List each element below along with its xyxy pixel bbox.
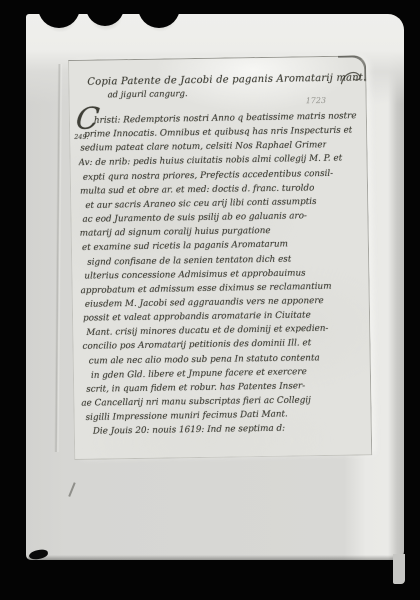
handwritten-line: expti qura nostra priores, Prefectis acc… <box>83 167 334 183</box>
fold-crease <box>54 64 62 452</box>
page-bottom-shadow <box>28 555 400 560</box>
manuscript-body: hristi: Redemptoris nostri Anno q beatis… <box>69 56 371 459</box>
manuscript-sheet: Copia Patente de Jacobi de paganis Aroma… <box>68 55 372 460</box>
handwritten-line: et examine sud ricetis la paganis Aromat… <box>82 239 288 255</box>
handwritten-line: matarij ad signum coralij huius purgatio… <box>80 225 271 240</box>
handwritten-line: scrit, in quam fidem et robur. has Paten… <box>86 380 305 395</box>
handwritten-line: cum ale nec alio modo sub pena In statut… <box>89 352 320 367</box>
handwritten-line: Die Jouis 20: nouis 1619: Ind ne septima… <box>93 423 285 438</box>
handwritten-line: et aur sacris Araneo sic ceu arij libi c… <box>85 196 317 212</box>
page-edge-sliver <box>393 554 405 584</box>
handwritten-line: in gden Gld. libere et Jmpune facere et … <box>91 366 307 382</box>
photograph-frame: Copia Patente de Jacobi de paganis Aroma… <box>0 0 420 600</box>
handwritten-line: signd confisane de la senien tentaton di… <box>87 253 291 268</box>
pencil-mark <box>68 482 75 496</box>
handwritten-line: sigilli Impressione muniri fecimus Dati … <box>86 409 288 425</box>
handwritten-line: ae Cancellarij nri manu subscriptas fier… <box>81 394 311 409</box>
document-page: Copia Patente de Jacobi de paganis Aroma… <box>26 14 404 560</box>
handwritten-line: Mant. crisij minores ducatu et de domini… <box>86 323 328 339</box>
handwritten-line: eiusdem M. Jacobi sed aggrauandis vers n… <box>85 295 324 311</box>
handwritten-line: possit et valeat approbandis aromatarie … <box>83 310 311 325</box>
handwritten-line: ac eod Juramento de suis psilij ab eo ga… <box>82 210 307 226</box>
handwritten-line: concilio pos Aromatarij petitionis des d… <box>82 338 311 354</box>
handwritten-line: ulterius concessione Admisimus et approb… <box>84 267 305 282</box>
handwritten-line: multa sud et obre ar. et med: doctis d. … <box>80 182 314 197</box>
